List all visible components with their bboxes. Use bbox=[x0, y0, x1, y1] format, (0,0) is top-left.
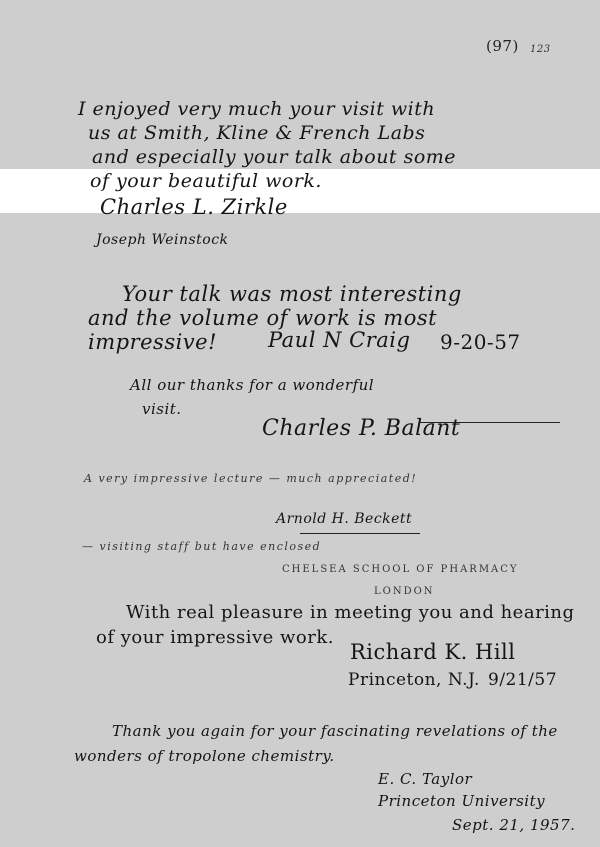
note-line: Thank you again for your fascinating rev… bbox=[112, 722, 558, 740]
date: 9/21/57 bbox=[488, 670, 557, 690]
note-line: of your impressive work. bbox=[96, 627, 334, 648]
affiliation: Princeton, N.J. bbox=[348, 670, 480, 690]
affiliation: Princeton University bbox=[378, 792, 545, 810]
signature-underline bbox=[300, 533, 420, 534]
signature: Paul N Craig bbox=[268, 328, 410, 352]
note-line: I enjoyed very much your visit with bbox=[78, 98, 435, 120]
note-line: With real pleasure in meeting you and he… bbox=[126, 602, 575, 623]
note-line: and the volume of work is most bbox=[88, 306, 437, 330]
city: LONDON bbox=[374, 586, 435, 597]
note-line: and especially your talk about some bbox=[92, 146, 456, 168]
note-line: A very impressive lecture — much appreci… bbox=[84, 472, 417, 485]
affiliation: CHELSEA SCHOOL OF PHARMACY bbox=[282, 564, 519, 575]
note-line: visit. bbox=[142, 400, 182, 418]
note-line: wonders of tropolone chemistry. bbox=[74, 747, 335, 765]
note-line: of your beautiful work. bbox=[90, 170, 322, 192]
date: Sept. 21, 1957. bbox=[452, 816, 575, 834]
date: 9-20-57 bbox=[440, 330, 521, 354]
signature: Charles P. Balant bbox=[262, 416, 460, 441]
signature-stroke bbox=[420, 422, 560, 423]
signature: Richard K. Hill bbox=[350, 640, 516, 664]
signature: E. C. Taylor bbox=[378, 770, 472, 788]
signature: Charles L. Zirkle bbox=[100, 195, 288, 219]
note-line: impressive! bbox=[88, 330, 217, 354]
note-line: All our thanks for a wonderful bbox=[130, 376, 374, 394]
note-extra: — visiting staff but have enclosed bbox=[82, 540, 321, 553]
page-number-sub: 123 bbox=[530, 44, 551, 55]
signature: Joseph Weinstock bbox=[96, 232, 229, 248]
page-number-main: (97) bbox=[486, 37, 519, 55]
note-line: us at Smith, Kline & French Labs bbox=[88, 122, 425, 144]
note-line: Your talk was most interesting bbox=[122, 282, 462, 306]
signature: Arnold H. Beckett bbox=[276, 511, 412, 527]
